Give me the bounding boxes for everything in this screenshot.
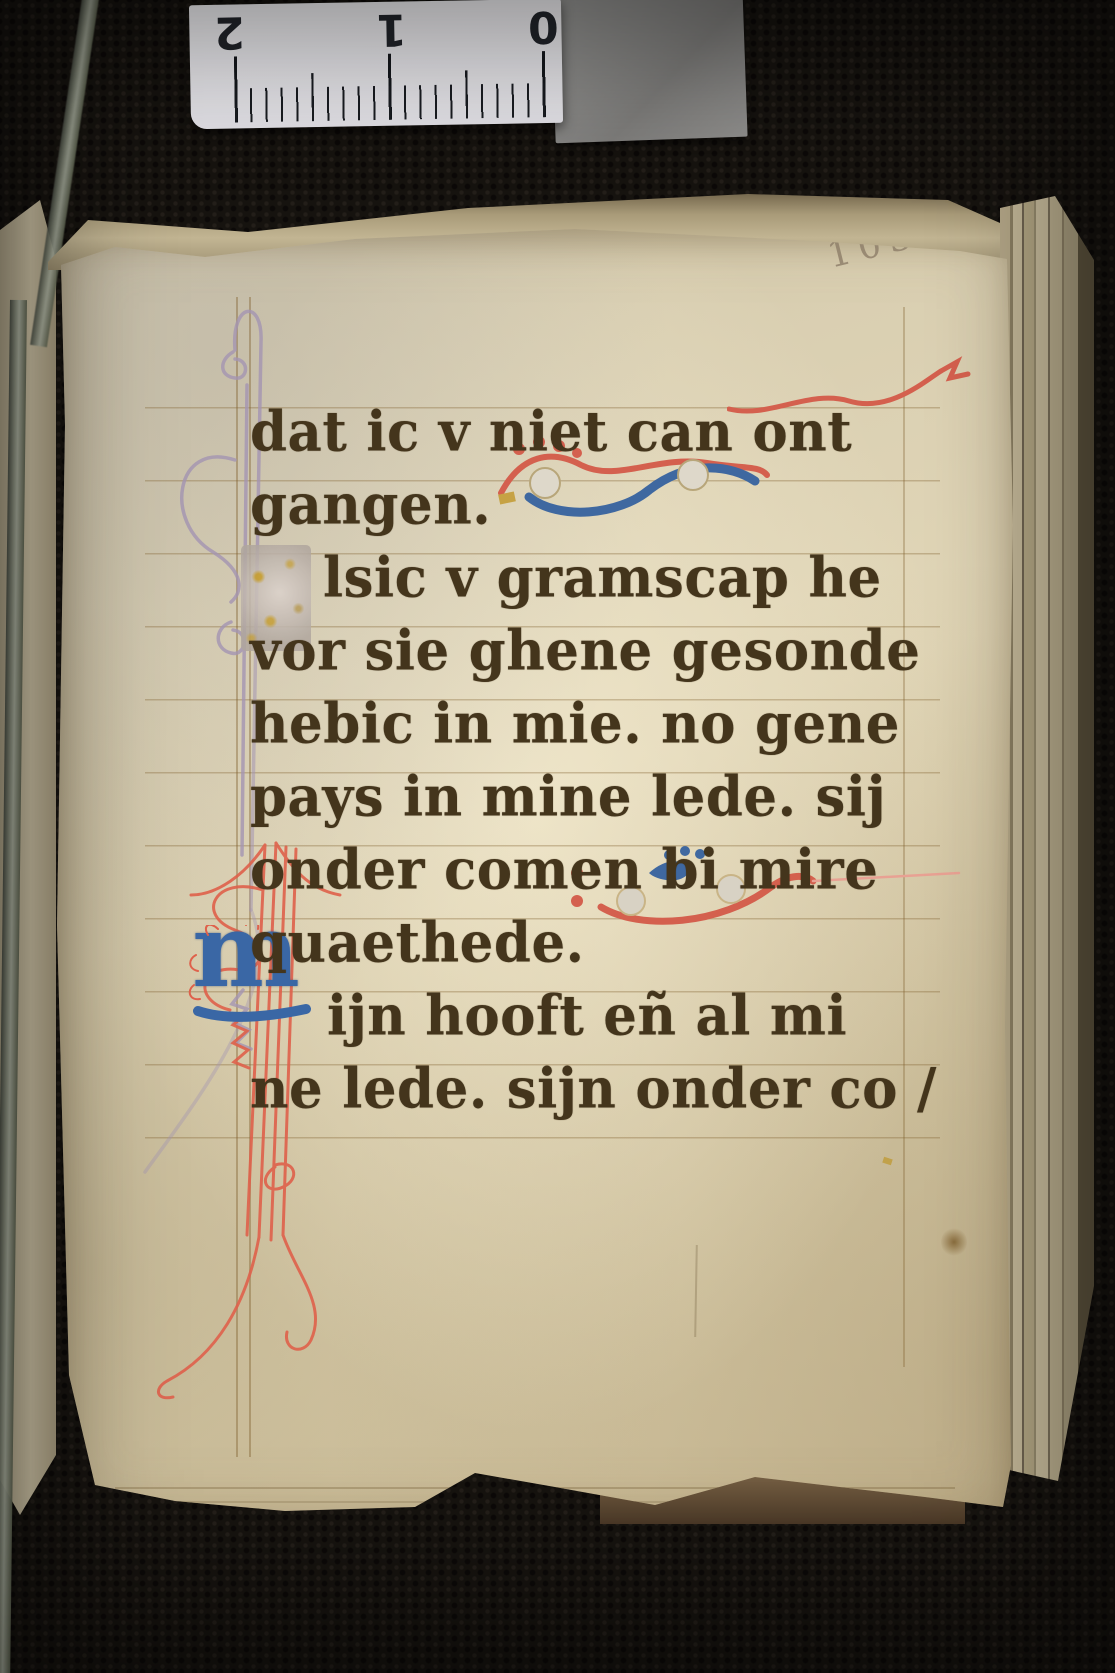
text-line: lsic v gramscap he [323,544,882,620]
book-fore-edge-stack [1000,196,1094,1481]
text-line: quaethede. [250,909,585,985]
ruler-number-2: 2 [211,6,248,58]
text-line: dat ic v niet can ont [250,398,852,474]
parchment-page: 103 [55,225,1020,1525]
parchment-crease [694,1245,698,1337]
text-line: onder comen bi mire [250,836,878,912]
ruler-number-0: 0 [525,1,562,53]
ruler-mm-ticks [234,83,551,123]
grey-mount-card [550,0,747,143]
text-line: vor sie ghene gesonde [250,617,920,693]
ruler-number-1: 1 [373,3,410,55]
text-line: hebic in mie. no gene [250,690,900,766]
text-line: gangen. [250,471,491,547]
text-line: pays in mine lede. sij [250,763,886,839]
text-line: ijn hooft eñ al mi [327,982,847,1058]
gold-fleck [882,1157,892,1165]
manuscript-photo: 2 1 0 103 [0,0,1115,1673]
measuring-ruler: 2 1 0 [189,0,563,129]
right-bounding-line [903,307,905,1367]
text-line: ne lede. sijn onder co / [250,1055,937,1131]
ink-stain [941,1227,967,1257]
